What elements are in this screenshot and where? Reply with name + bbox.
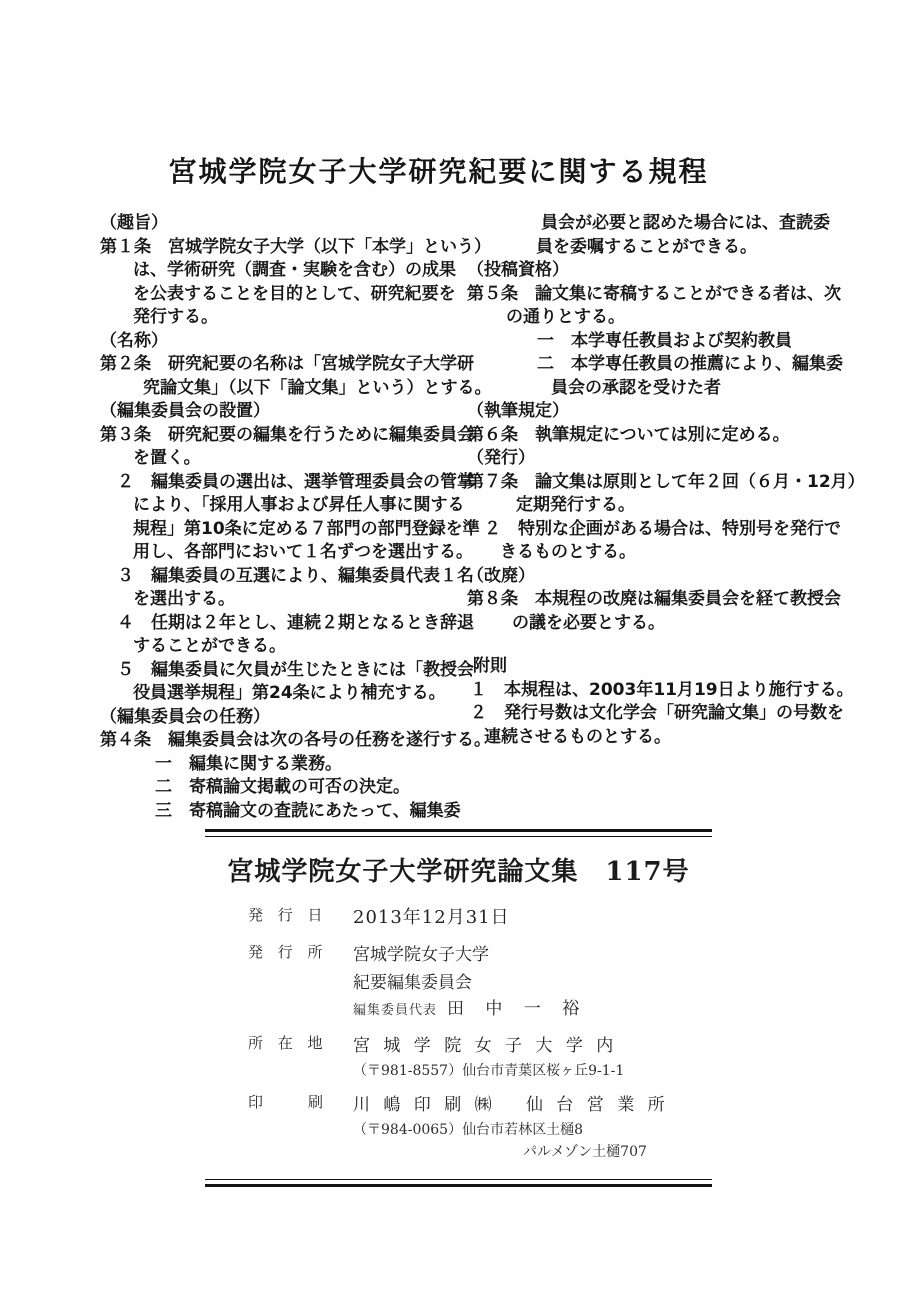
text-line: 究論文集」（以下「論文集」という）とする。 [100, 377, 462, 401]
text-line: （編集委員会の任務） [100, 706, 462, 730]
printer-row: 印 刷 川 嶋 印 刷 ㈱ 仙 台 営 業 所 （〒984-0065）仙台市若林… [205, 1091, 712, 1163]
text-line: 第８条 本規程の改廃は編集委員会を経て教授会 [467, 588, 853, 612]
editor-representative: 編集委員代表田 中 一 裕 [353, 997, 712, 1023]
text-line: （編集委員会の設置） [100, 400, 462, 424]
location-row: 所 在 地 宮 城 学 院 女 子 大 学 内 （〒981-8557）仙台市青葉… [205, 1032, 712, 1082]
printer-label: 印 刷 [248, 1091, 353, 1163]
colophon: 宮城学院女子大学研究論文集 117号 発 行 日 2013年12月31日 発 行… [205, 829, 712, 1187]
text-line: １ 本規程は、2003年11月19日より施行する。 [467, 679, 853, 703]
text-line: の議を必要とする。 [467, 612, 853, 636]
printer-address-line1: （〒984-0065）仙台市若林区土樋8 [353, 1119, 712, 1141]
document-page: 宮城学院女子大学研究紀要に関する規程 （趣旨）第１条 宮城学院女子大学（以下「本… [0, 0, 917, 1296]
double-rule-top [205, 829, 712, 837]
text-line: （投稿資格） [467, 259, 853, 283]
location-value: 宮 城 学 院 女 子 大 学 内 [353, 1032, 712, 1060]
text-line: （発行） [467, 447, 853, 471]
printer-address-line2: パルメゾン土樋707 [523, 1141, 712, 1163]
text-line: ２ 発行号数は文化学会「研究論文集」の号数を [467, 702, 853, 726]
text-line: 第６条 執筆規定については別に定める。 [467, 424, 853, 448]
text-line: 役員選挙規程」第24条により補充する。 [100, 682, 462, 706]
text-line: 二 寄稿論文掲載の可否の決定。 [100, 776, 462, 800]
publish-date-row: 発 行 日 2013年12月31日 [205, 904, 712, 932]
text-line: 連続させるものとする。 [467, 726, 853, 750]
text-line: ２ 編集委員の選出は、選挙管理委員会の管掌 [100, 471, 462, 495]
text-line: の通りとする。 [467, 306, 853, 330]
text-line: 二 本学専任教員の推薦により、編集委 [467, 353, 853, 377]
text-line: 員を委嘱することができる。 [467, 236, 853, 260]
text-line: きるものとする。 [467, 541, 853, 565]
text-line [467, 635, 853, 655]
page-title: 宮城学院女子大学研究紀要に関する規程 [0, 150, 877, 190]
text-line: 第４条 編集委員会は次の各号の任務を遂行する。 [100, 729, 462, 753]
editor-representative-name: 田 中 一 裕 [447, 999, 587, 1019]
text-line: することができる。 [100, 635, 462, 659]
text-line: 定期発行する。 [467, 494, 853, 518]
double-rule-bottom [205, 1179, 712, 1187]
text-line: ３ 編集委員の互選により、編集委員代表１名 [100, 565, 462, 589]
text-line: （名称） [100, 330, 462, 354]
text-line: により、「採用人事および昇任人事に関する [100, 494, 462, 518]
text-line: 三 寄稿論文の査読にあたって、編集委 [100, 800, 462, 824]
text-line: 発行する。 [100, 306, 462, 330]
text-line: 第２条 研究紀要の名称は「宮城学院女子大学研 [100, 353, 462, 377]
publisher-row: 発 行 所 宮城学院女子大学 紀要編集委員会 編集委員代表田 中 一 裕 [205, 941, 712, 1023]
text-line: （改廃） [467, 565, 853, 589]
text-line: 員会の承認を受けた者 [467, 377, 853, 401]
text-line: を選出する。 [100, 588, 462, 612]
text-line: 第３条 研究紀要の編集を行うために編集委員会 [100, 424, 462, 448]
regulation-body: （趣旨）第１条 宮城学院女子大学（以下「本学」という）は、学術研究（調査・実験を… [100, 212, 853, 823]
text-line: ４ 任期は２年とし、連続２期となるとき辞退 [100, 612, 462, 636]
left-column: （趣旨）第１条 宮城学院女子大学（以下「本学」という）は、学術研究（調査・実験を… [100, 212, 462, 823]
text-line: 一 本学専任教員および契約教員 [467, 330, 853, 354]
publisher-name-line2: 紀要編集委員会 [353, 969, 712, 997]
text-line: 規程」第10条に定める７部門の部門登録を準 [100, 518, 462, 542]
editor-representative-label: 編集委員代表 [353, 1003, 437, 1018]
text-line: 附則 [467, 655, 853, 679]
text-line: 用し、各部門において１名ずつを選出する。 [100, 541, 462, 565]
colophon-rows: 発 行 日 2013年12月31日 発 行 所 宮城学院女子大学 紀要編集委員会… [205, 904, 712, 1163]
text-line: ２ 特別な企画がある場合は、特別号を発行で [467, 518, 853, 542]
publish-date-value: 2013年12月31日 [353, 904, 712, 932]
publisher-name-line1: 宮城学院女子大学 [353, 941, 712, 969]
location-label: 所 在 地 [248, 1032, 353, 1082]
text-line: を置く。 [100, 447, 462, 471]
publisher-label: 発 行 所 [248, 941, 353, 1023]
text-line: （執筆規定） [467, 400, 853, 424]
printer-value: 川 嶋 印 刷 ㈱ 仙 台 営 業 所 [353, 1091, 712, 1119]
right-column: 員会が必要と認めた場合には、査読委員を委嘱することができる。（投稿資格）第５条 … [467, 212, 853, 823]
text-line: 第７条 論文集は原則として年２回（６月・12月） [467, 471, 853, 495]
location-address: （〒981-8557）仙台市青葉区桜ヶ丘9-1-1 [353, 1060, 712, 1082]
text-line: 員会が必要と認めた場合には、査読委 [467, 212, 853, 236]
publish-date-label: 発 行 日 [248, 904, 353, 932]
text-line: （趣旨） [100, 212, 462, 236]
text-line: 一 編集に関する業務。 [100, 753, 462, 777]
text-line: 第１条 宮城学院女子大学（以下「本学」という） [100, 236, 462, 260]
colophon-title: 宮城学院女子大学研究論文集 117号 [205, 851, 712, 888]
text-line: を公表することを目的として、研究紀要を [100, 283, 462, 307]
text-line: ５ 編集委員に欠員が生じたときには「教授会 [100, 659, 462, 683]
text-line: 第５条 論文集に寄稿することができる者は、次 [467, 283, 853, 307]
text-line: は、学術研究（調査・実験を含む）の成果 [100, 259, 462, 283]
